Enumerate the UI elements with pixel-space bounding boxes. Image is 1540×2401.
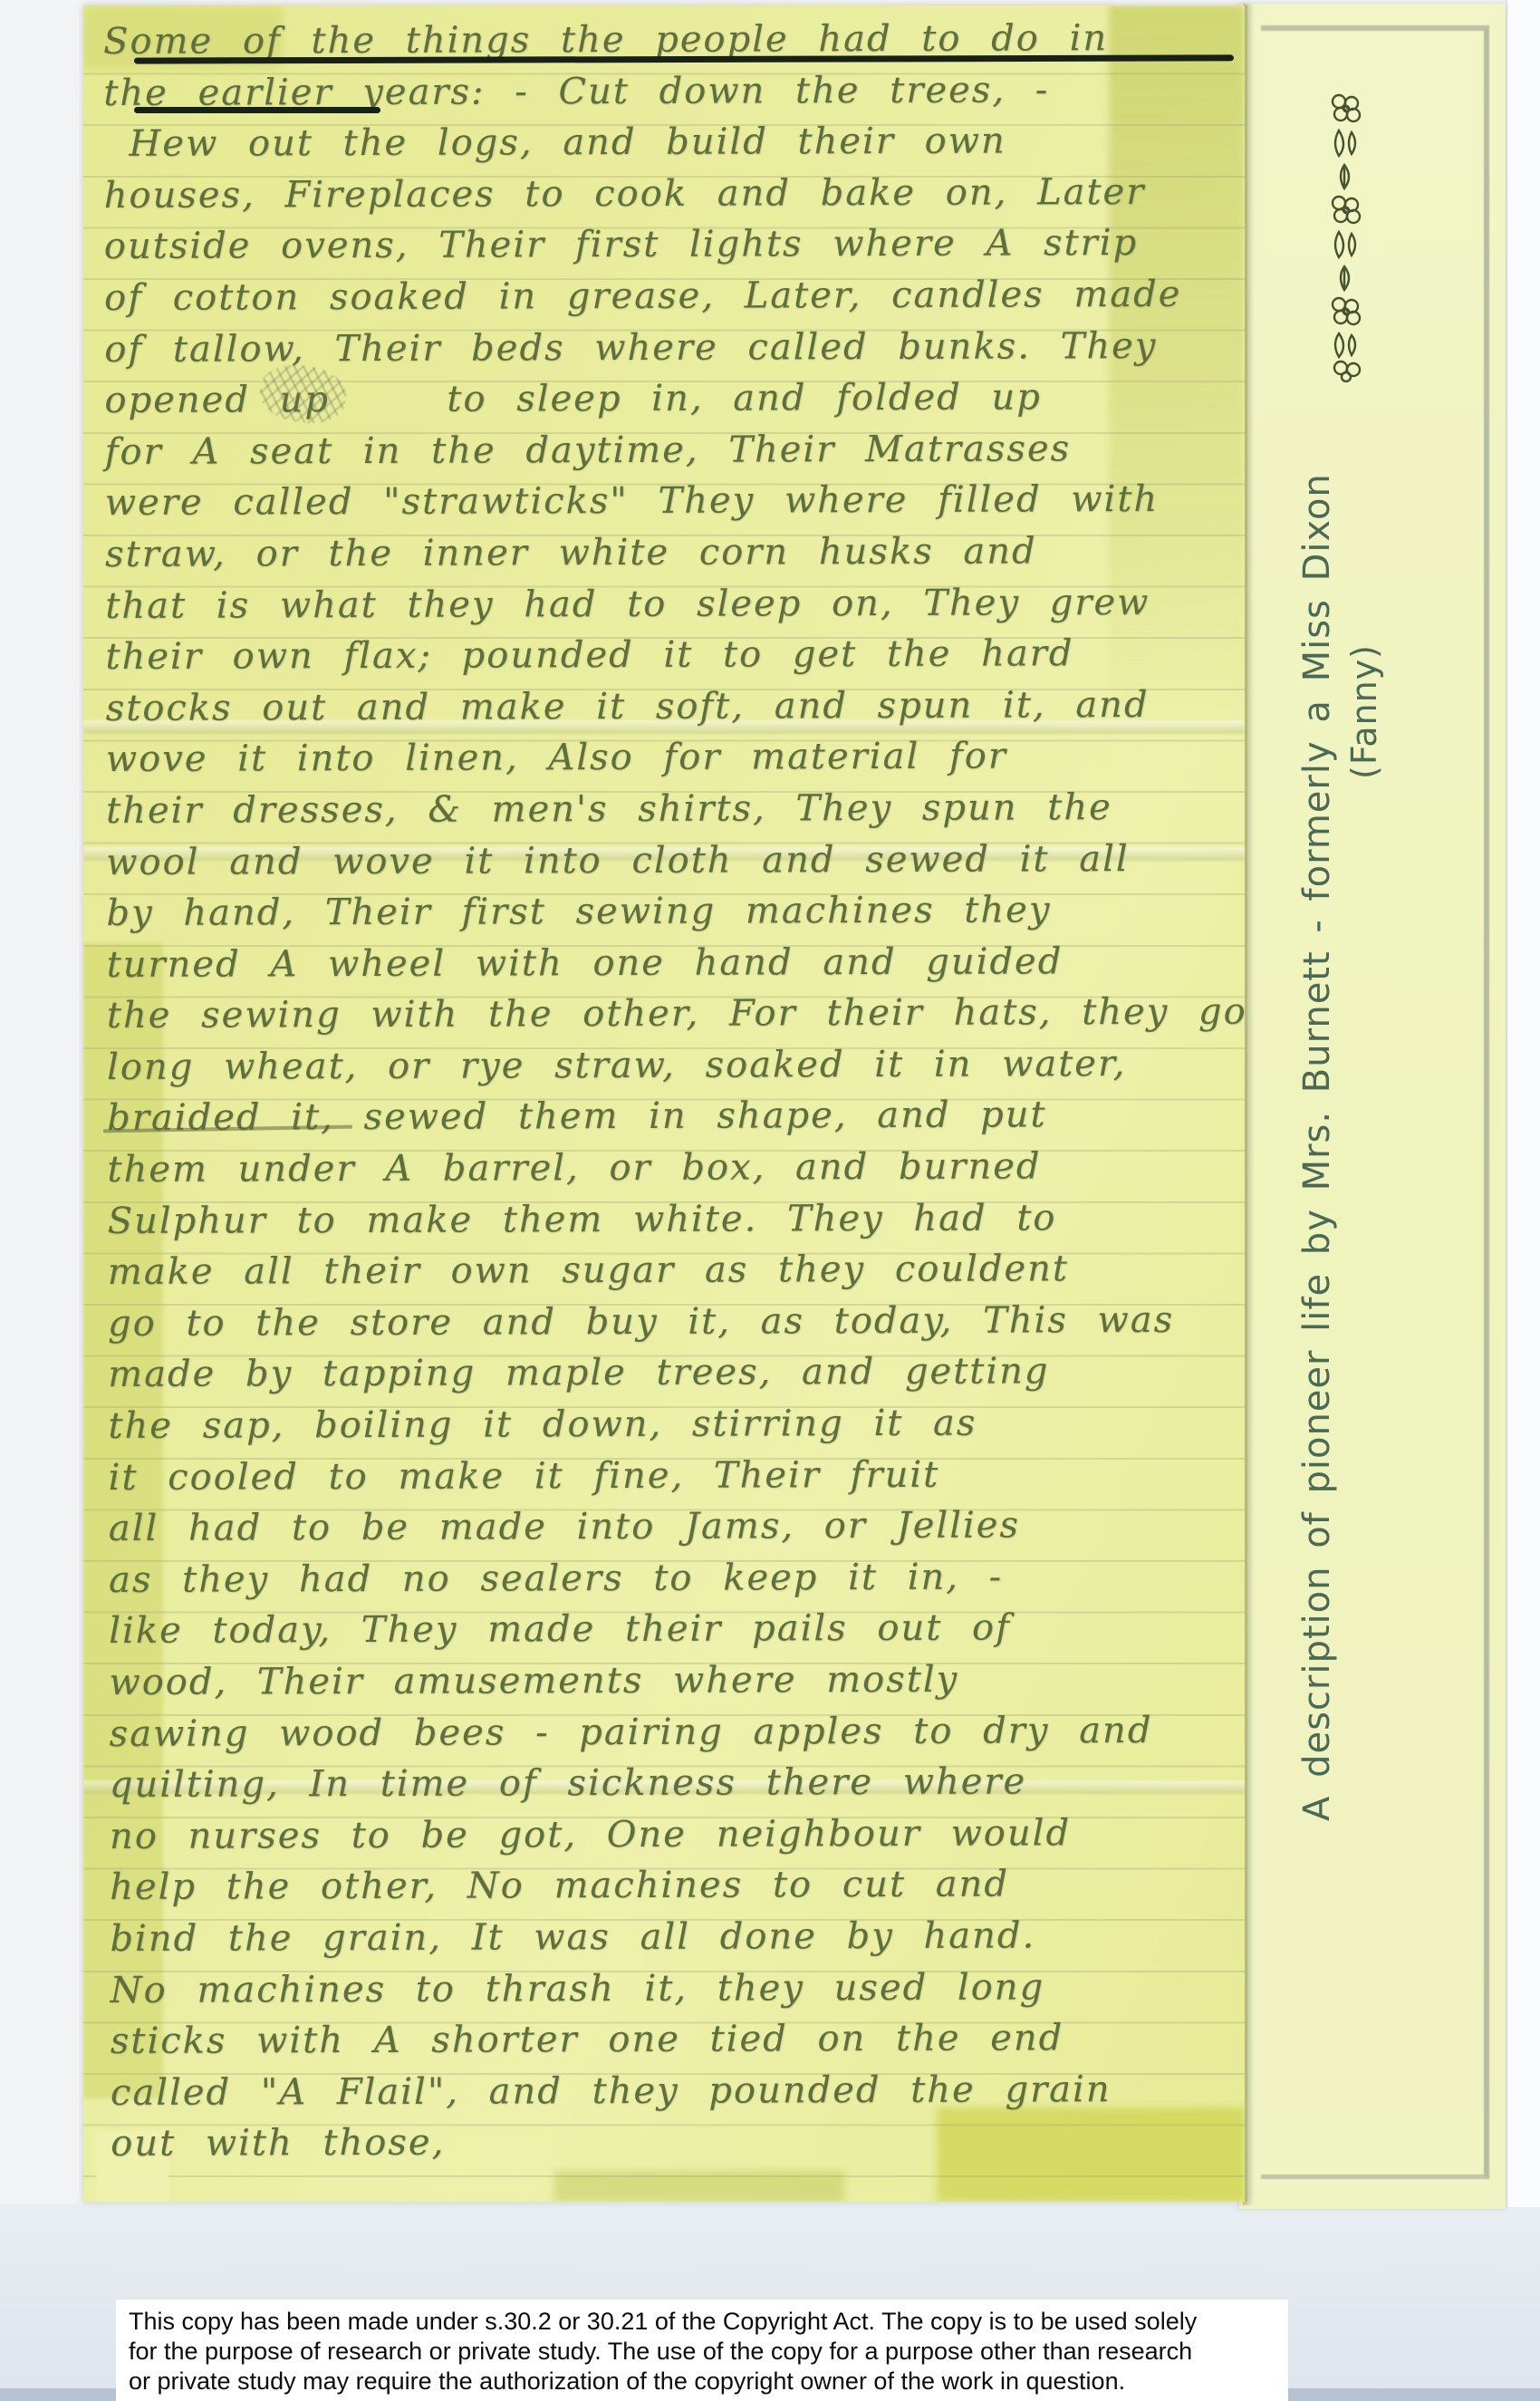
margin-note-text: A description of pioneer life by Mrs. Bu…: [1294, 371, 1341, 1821]
manuscript-line: straw, or the inner white corn husks and: [105, 526, 1237, 581]
manuscript-paper-sheet: Some of the things the people had to do …: [83, 5, 1247, 2202]
manuscript-line: houses, Fireplaces to cook and bake on, …: [104, 166, 1237, 221]
manuscript-line: like today, They made their pails out of: [109, 1602, 1241, 1657]
manuscript-line: the sap, boiling it down, stirring it as: [108, 1397, 1240, 1452]
title-underline: [134, 107, 380, 113]
leaf-icon: [1341, 266, 1349, 290]
manuscript-line: wool and wove it into cloth and sewed it…: [106, 833, 1238, 888]
margin-note-vertical: A description of pioneer life by Mrs. Bu…: [1294, 371, 1388, 1821]
flower-leaf-chain-icon: [1319, 91, 1372, 382]
manuscript-line: Hew out the logs, and build their own: [103, 115, 1236, 170]
manuscript-line: their own flax; pounded it to get the ha…: [105, 628, 1237, 683]
leaf-icon: [1341, 165, 1349, 188]
manuscript-line: as they had no sealers to keep it in, -: [109, 1550, 1241, 1605]
manuscript-line: No machines to thrash it, they used long: [111, 1961, 1243, 2016]
copyright-notice: This copy has been made under s.30.2 or …: [116, 2300, 1288, 2401]
manuscript-line: that is what they had to sleep on, They …: [105, 576, 1237, 632]
manuscript-line: of tallow, Their beds where called bunks…: [104, 320, 1237, 375]
manuscript-line: sawing wood bees - pairing apples to dry…: [110, 1704, 1242, 1760]
manuscript-line: it cooled to make it fine, Their fruit: [109, 1448, 1241, 1503]
margin-note-subtext: (Fanny): [1341, 371, 1388, 1821]
copyright-notice-line: This copy has been made under s.30.2 or …: [129, 2307, 1275, 2337]
manuscript-line: braided it, sewed them in shape, and put: [107, 1089, 1239, 1144]
flower-icon: [1333, 197, 1360, 223]
copyright-notice-line: for the purpose of research or private s…: [129, 2337, 1275, 2367]
manuscript-line: all had to be made into Jams, or Jellies: [109, 1499, 1241, 1555]
leaf-icon: [1335, 232, 1355, 257]
manuscript-line: were called "strawticks" They where fill…: [105, 474, 1237, 529]
leaf-icon: [1335, 130, 1355, 156]
manuscript-line: of cotton soaked in grease, Later, candl…: [104, 269, 1237, 324]
manuscript-line: sticks with A shorter one tied on the en…: [111, 2012, 1243, 2068]
manuscript-line: outside ovens, Their first lights where …: [104, 217, 1237, 273]
copyright-notice-line: or private study may require the authori…: [129, 2367, 1275, 2396]
manuscript-line: called "A Flail", and they pounded the g…: [111, 2063, 1243, 2118]
flower-icon: [1333, 95, 1360, 121]
manuscript-line: no nurses to be got, One neighbour would: [110, 1807, 1242, 1862]
manuscript-line: made by tapping maple trees, and getting: [108, 1345, 1240, 1401]
manuscript-line: by hand, Their first sewing machines the…: [106, 884, 1238, 940]
scanned-page: A description of pioneer life by Mrs. Bu…: [0, 0, 1540, 2401]
manuscript-line: make all their own sugar as they coulden…: [108, 1243, 1240, 1298]
scan-right-edge: [1506, 0, 1540, 2207]
manuscript-line: the sewing with the other, For their hat…: [107, 987, 1239, 1042]
leaf-icon: [1335, 333, 1355, 357]
manuscript-line: Sulphur to make them white. They had to: [108, 1191, 1240, 1247]
flower-icon: [1333, 298, 1360, 324]
manuscript-line: help the other, No machines to cut and: [110, 1858, 1242, 1914]
manuscript-line: go to the store and buy it, as today, Th…: [108, 1294, 1240, 1349]
manuscript-line: their dresses, & men's shirts, They spun…: [106, 782, 1238, 837]
manuscript-line: long wheat, or rye straw, soaked it in w…: [107, 1038, 1239, 1094]
manuscript-line: quilting, In time of sickness there wher…: [110, 1756, 1242, 1811]
manuscript-text: Some of the things the people had to do …: [103, 13, 1243, 2170]
manuscript-line: for A seat in the daytime, Their Matrass…: [105, 422, 1237, 477]
manuscript-line: out with those,: [111, 2115, 1243, 2170]
manuscript-line: turned A wheel with one hand and guided: [107, 935, 1239, 990]
manuscript-line: stocks out and make it soft, and spun it…: [106, 679, 1238, 734]
manuscript-line: wove it into linen, Also for material fo…: [106, 730, 1238, 786]
manuscript-line: them under A barrel, or box, and burned: [107, 1141, 1239, 1196]
manuscript-line: bind the grain, It was all done by hand.: [110, 1910, 1242, 1965]
manuscript-line: wood, Their amusements where mostly: [109, 1654, 1241, 1709]
